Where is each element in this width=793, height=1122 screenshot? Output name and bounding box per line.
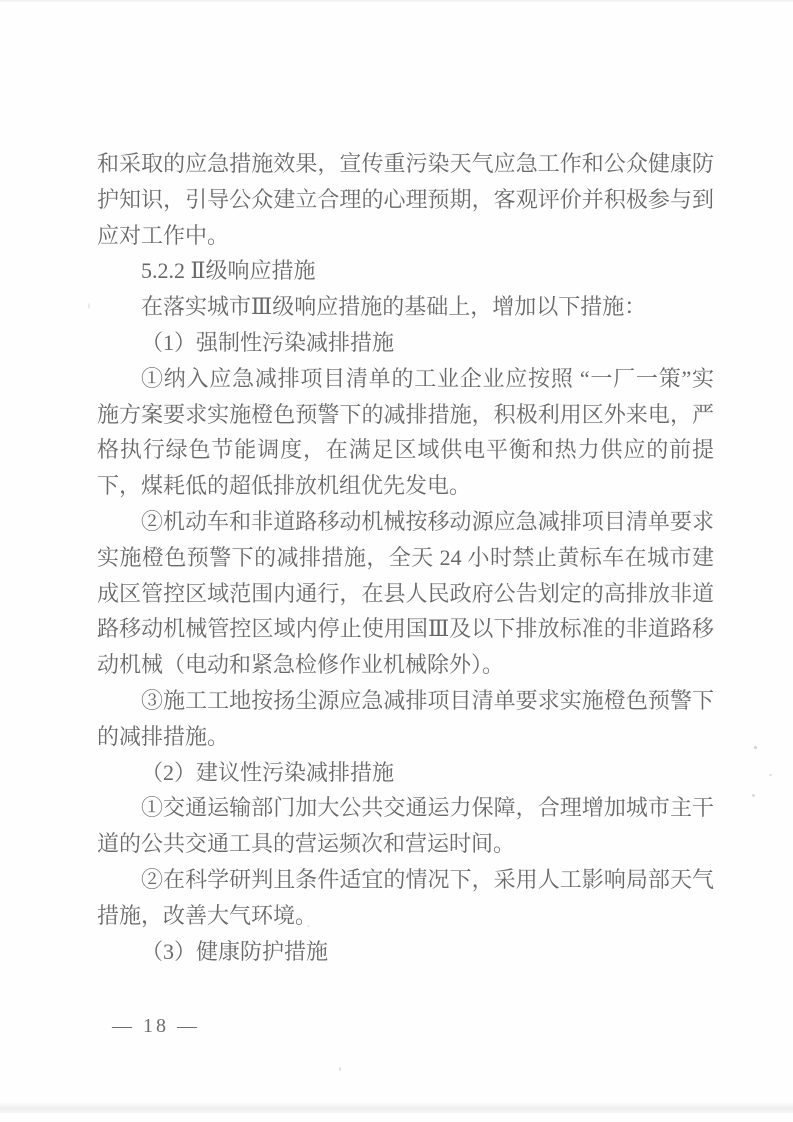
scan-speckle — [752, 794, 755, 797]
document-paragraph: （3）健康防护措施 — [97, 934, 714, 970]
page-number: — 18 — — [112, 1014, 200, 1038]
document-paragraph: 和采取的应急措施效果，宣传重污染天气应急工作和公众健康防护知识，引导公众建立合理… — [97, 146, 714, 253]
scan-speckle — [307, 925, 310, 927]
document-paragraph: ②机动车和非道路移动机械按移动源应急减排项目清单要求实施橙色预警下的减排措施，全… — [97, 504, 714, 683]
document-paragraph: ②在科学研判且条件适宜的情况下，采用人工影响局部天气措施，改善大气环境。 — [97, 862, 714, 934]
scan-speckle — [88, 303, 90, 309]
scan-edge-bottom — [0, 1102, 793, 1113]
scanned-document-page: 和采取的应急措施效果，宣传重污染天气应急工作和公众健康防护知识，引导公众建立合理… — [0, 0, 793, 1122]
document-paragraph: 5.2.2 Ⅱ级响应措施 — [97, 253, 714, 289]
scan-speckle — [339, 1067, 341, 1071]
document-paragraph: ①交通运输部门加大公共交通运力保障，合理增加城市主干道的公共交通工具的营运频次和… — [97, 790, 714, 862]
document-paragraph: 在落实城市Ⅲ级响应措施的基础上，增加以下措施： — [97, 289, 714, 325]
scan-speckle — [754, 746, 757, 749]
document-paragraph: （1）强制性污染减排措施 — [97, 325, 714, 361]
scan-speckle — [769, 774, 772, 776]
scan-edge-top — [0, 0, 793, 3]
document-paragraph: （2）建议性污染减排措施 — [97, 755, 714, 791]
document-body: 和采取的应急措施效果，宣传重污染天气应急工作和公众健康防护知识，引导公众建立合理… — [97, 146, 714, 969]
document-paragraph: ③施工工地按扬尘源应急减排项目清单要求实施橙色预警下的减排措施。 — [97, 683, 714, 755]
document-paragraph: ①纳入应急减排项目清单的工业企业应按照 “一厂一策”实施方案要求实施橙色预警下的… — [97, 361, 714, 504]
